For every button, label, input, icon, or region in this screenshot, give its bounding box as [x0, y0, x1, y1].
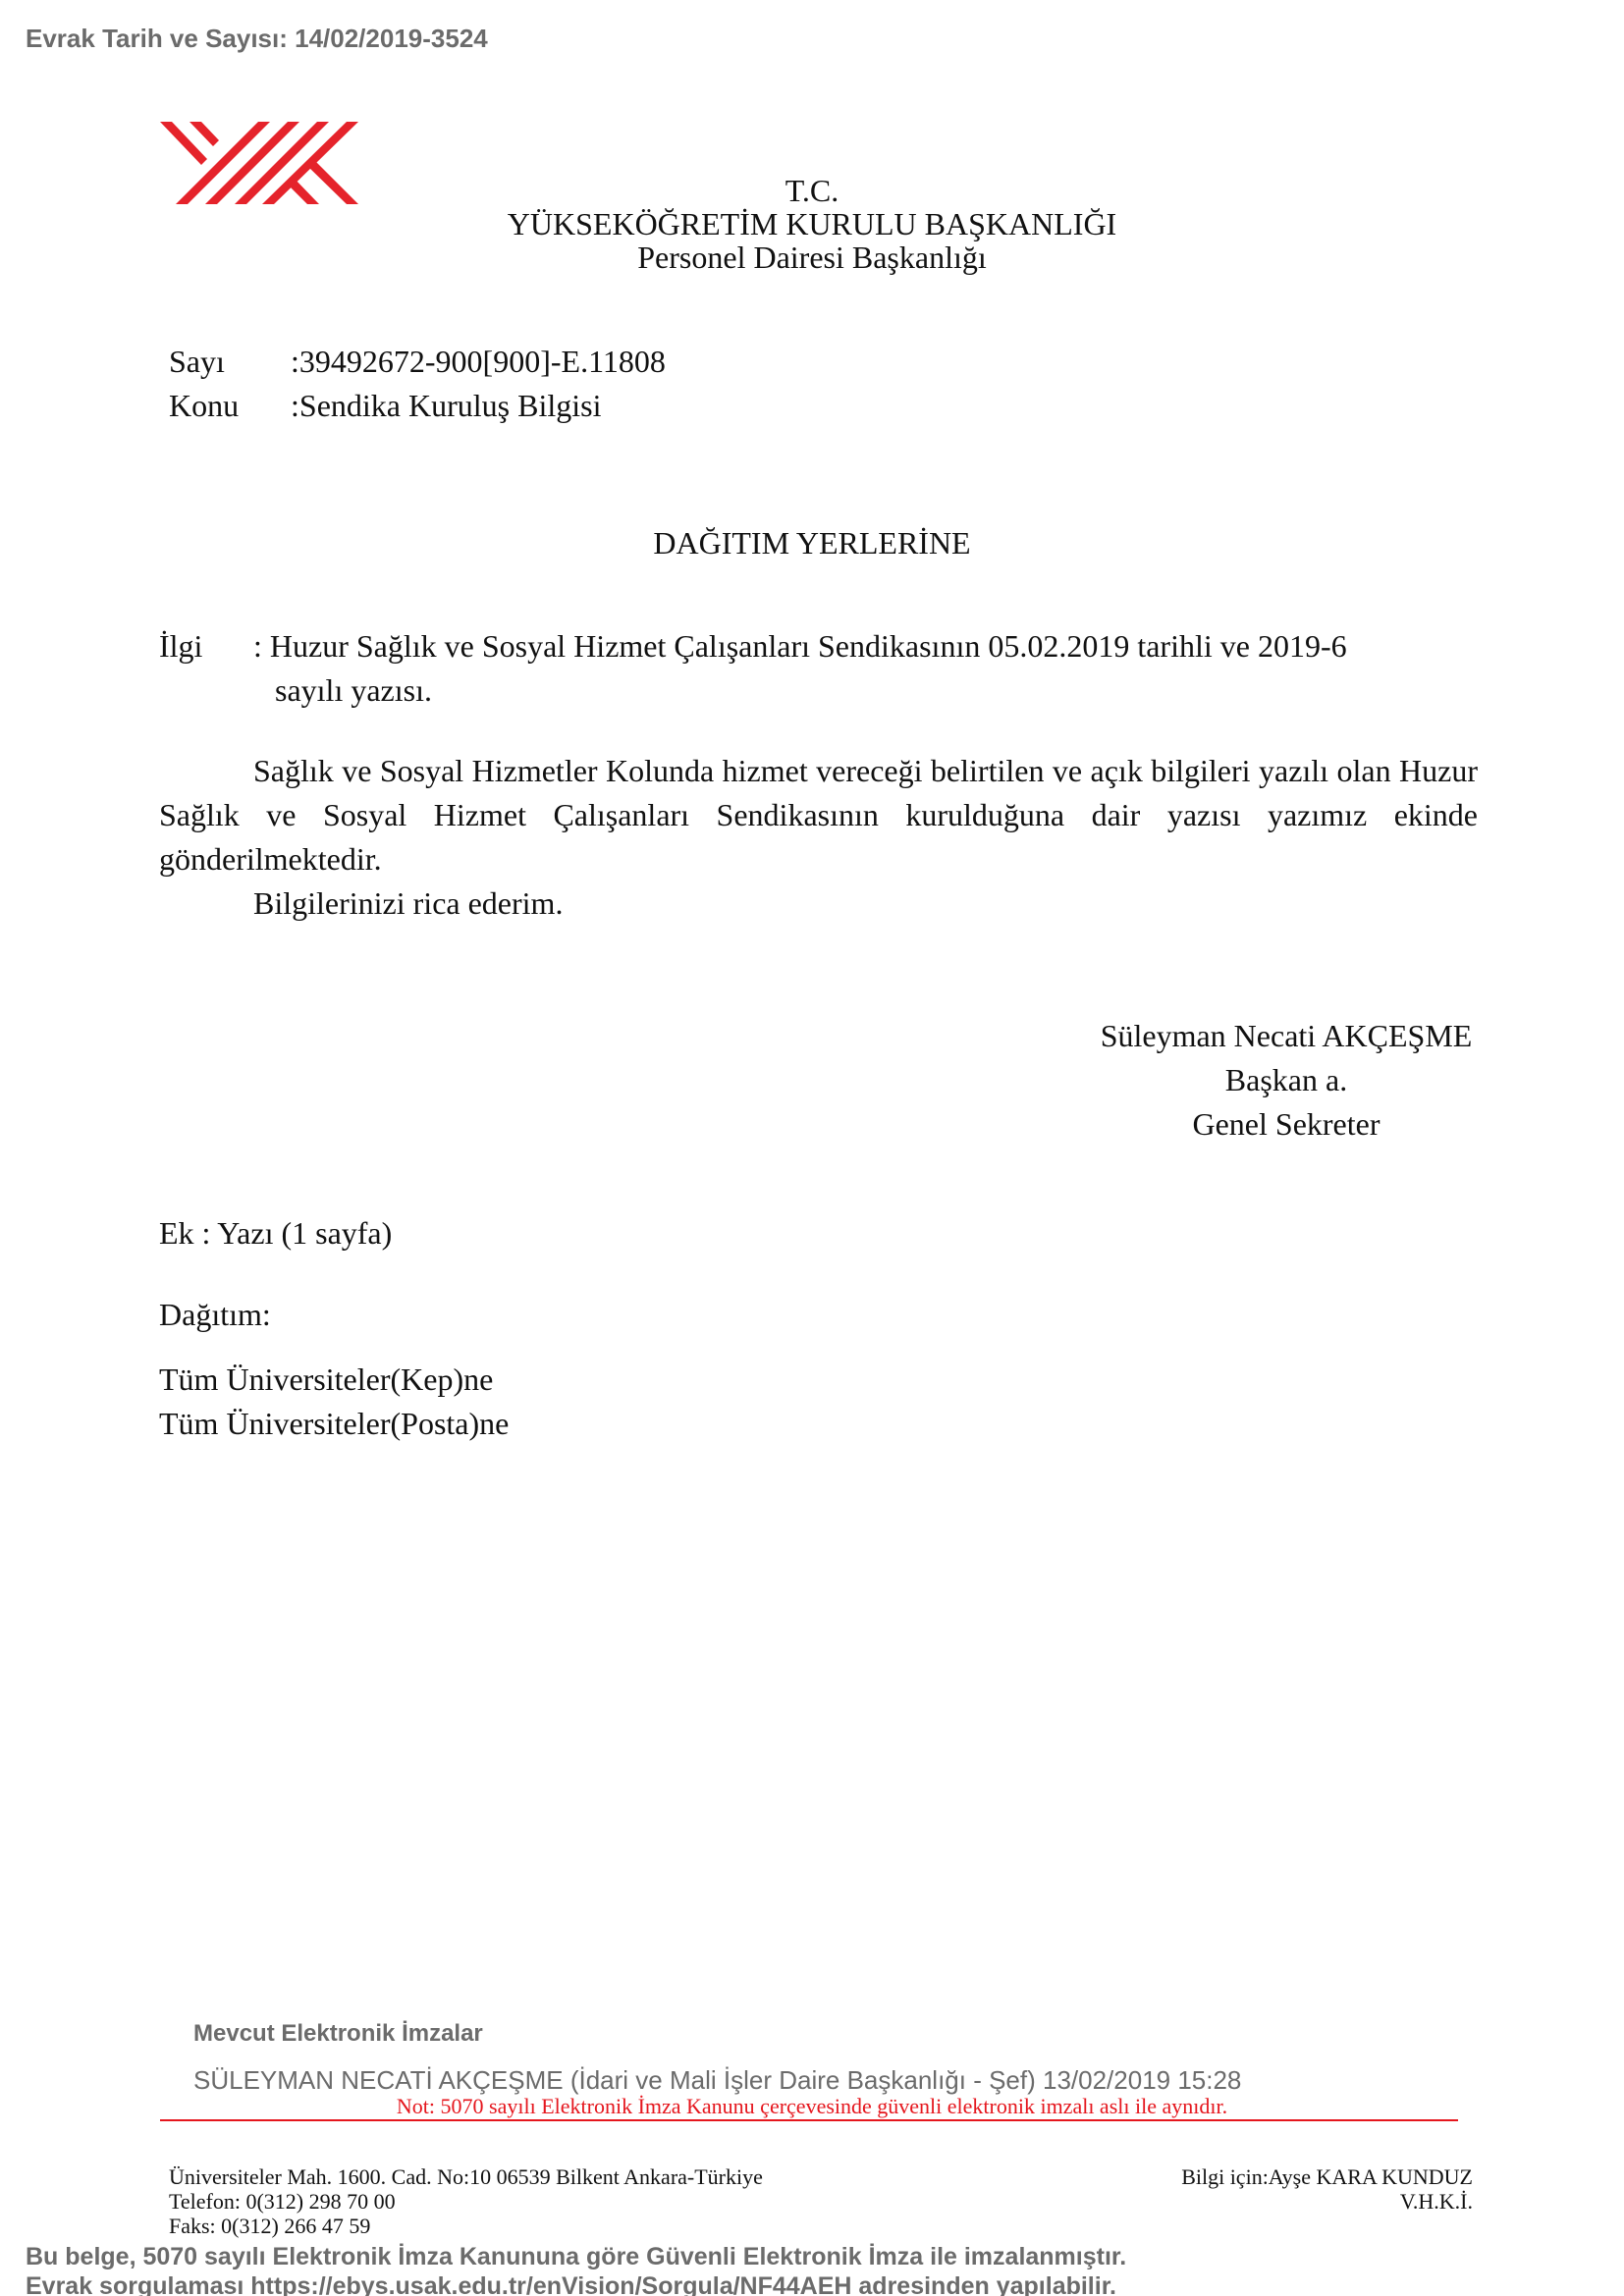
letterhead-department: Personel Dairesi Başkanlığı — [0, 240, 1624, 276]
contact-person: Bilgi için:Ayşe KARA KUNDUZ — [1181, 2164, 1473, 2189]
reference-label: İlgi — [159, 628, 253, 665]
footer-divider — [160, 2119, 1458, 2121]
signature-block: Süleyman Necati AKÇEŞME Başkan a. Genel … — [1080, 1014, 1492, 1147]
document-date-number: Evrak Tarih ve Sayısı: 14/02/2019-3524 — [26, 24, 488, 54]
signature-statement: Bu belge, 5070 sayılı Elektronik İmza Ka… — [26, 2242, 1126, 2271]
e-signatures-title: Mevcut Elektronik İmzalar — [193, 2020, 483, 2048]
reference-row: İlgi: Huzur Sağlık ve Sosyal Hizmet Çalı… — [159, 628, 1347, 665]
reference-number-row: Sayı:39492672-900[900]-E.11808 — [169, 344, 666, 380]
reference-text: : Huzur Sağlık ve Sosyal Hizmet Çalışanl… — [253, 628, 1347, 664]
e-signature-entry: SÜLEYMAN NECATİ AKÇEŞME (İdari ve Mali İ… — [193, 2065, 1241, 2096]
closing-paragraph: Bilgilerinizi rica ederim. — [159, 881, 1478, 926]
address: Üniversiteler Mah. 1600. Cad. No:10 0653… — [169, 2164, 763, 2189]
phone: Telefon: 0(312) 298 70 00 — [169, 2189, 763, 2214]
subject-label: Konu — [169, 388, 291, 424]
verification-link-text: Evrak sorgulaması https://ebys.usak.edu.… — [26, 2271, 1126, 2296]
body-paragraph: Sağlık ve Sosyal Hizmetler Kolunda hizme… — [159, 749, 1478, 881]
subject-row: Konu:Sendika Kuruluş Bilgisi — [169, 388, 601, 424]
verification-footer: Bu belge, 5070 sayılı Elektronik İmza Ka… — [26, 2242, 1126, 2296]
contact-person-block: Bilgi için:Ayşe KARA KUNDUZ V.H.K.İ. — [1181, 2164, 1473, 2214]
letter-body: Sağlık ve Sosyal Hizmetler Kolunda hizme… — [159, 749, 1478, 926]
signatory-title: Genel Sekreter — [1080, 1102, 1492, 1147]
distribution-item: Tüm Üniversiteler(Kep)ne — [159, 1358, 509, 1402]
contact-address-block: Üniversiteler Mah. 1600. Cad. No:10 0653… — [169, 2164, 763, 2238]
signatory-name: Süleyman Necati AKÇEŞME — [1080, 1014, 1492, 1058]
reference-number-label: Sayı — [169, 344, 291, 380]
e-signature-note: Not: 5070 sayılı Elektronik İmza Kanunu … — [0, 2094, 1624, 2119]
distribution-list: Tüm Üniversiteler(Kep)ne Tüm Üniversitel… — [159, 1358, 509, 1446]
signatory-role: Başkan a. — [1080, 1058, 1492, 1102]
letterhead-country: T.C. — [0, 173, 1624, 209]
fax: Faks: 0(312) 266 47 59 — [169, 2214, 763, 2238]
attachment-line: Ek : Yazı (1 sayfa) — [159, 1215, 392, 1252]
subject-value: :Sendika Kuruluş Bilgisi — [291, 388, 601, 423]
recipient-heading: DAĞITIM YERLERİNE — [0, 525, 1624, 561]
distribution-item: Tüm Üniversiteler(Posta)ne — [159, 1402, 509, 1446]
contact-person-title: V.H.K.İ. — [1181, 2189, 1473, 2214]
distribution-label: Dağıtım: — [159, 1297, 271, 1333]
reference-number-value: :39492672-900[900]-E.11808 — [291, 344, 666, 379]
reference-text-continued: sayılı yazısı. — [275, 672, 432, 709]
letterhead-institution: YÜKSEKÖĞRETİM KURULU BAŞKANLIĞI — [0, 206, 1624, 242]
